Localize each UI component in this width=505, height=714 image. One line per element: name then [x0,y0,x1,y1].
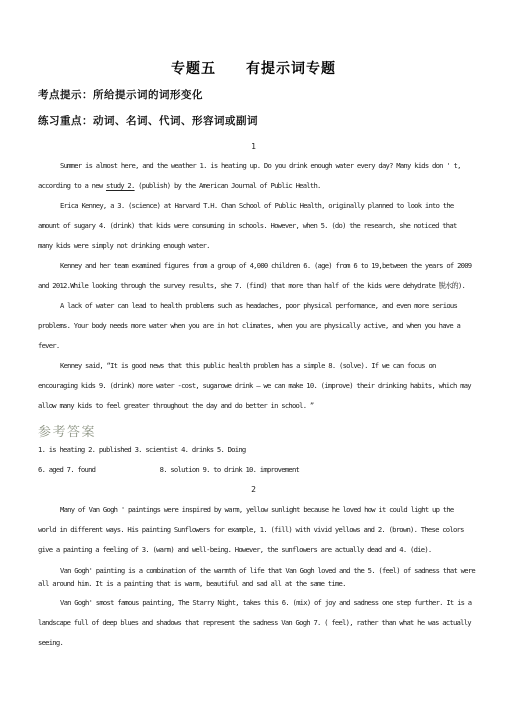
section1-number: 1 [38,140,469,154]
paragraph-starry-night: Van Gogh' smost famous painting, The Sta… [38,593,469,653]
text-line: Many of Van Gogh ' paintings were inspir… [38,500,469,520]
section2-number: 2 [38,480,469,500]
text-line: encouraging kids 9. (drink) more water -… [38,376,469,396]
doc-title: 专题五 有提示词专题 [38,60,469,76]
text-line: allow many kids to feel greater througho… [38,396,469,416]
text-line: seeing. [38,633,469,653]
text-segment: (publish) by the American Journal of Pub… [135,181,321,190]
worksheet-page: 专题五 有提示词专题 考点提示：所给提示词的词形变化 练习重点：动词、名词、代词… [0,0,505,714]
paragraph-van-gogh-combination: Van Gogh' painting is a combination of t… [38,564,469,590]
paragraph-erica-kenney: Erica Kenney, a 3. (science) at Harvard … [38,196,469,256]
text-line: Kenney and her team examined figures fro… [38,256,469,276]
text-segment: according to a new [38,181,106,190]
text-line: Kenney said, “It is good news that this … [38,356,469,376]
paragraph-van-gogh-sunlight: Many of Van Gogh ' paintings were inspir… [38,500,469,560]
paragraph-lack-of-water: A lack of water can lead to health probl… [38,296,469,356]
exam-points-line: 考点提示：所给提示词的词形变化 [38,89,469,102]
paragraph-survey: Kenney and her team examined figures fro… [38,256,469,296]
text-line: amount of sugary 4. (drink) that kids we… [38,216,469,236]
practice-points-line: 练习重点：动词、名词、代词、形容词或副词 [38,115,469,128]
text-line: and 2012.While looking through the surve… [38,276,469,296]
text-line: fever. [38,336,469,356]
text-line: many kids were simply not drinking enoug… [38,236,469,256]
text-line: Summer is almost here, and the weather 1… [38,156,469,176]
text-line: problems. Your body needs more water whe… [38,316,469,336]
paragraph-kenney-quote: Kenney said, “It is good news that this … [38,356,469,416]
answers-line: 1. is heating 2. published 3. scientist … [38,440,469,460]
text-line: A lack of water can lead to health probl… [38,296,469,316]
page-content: 专题五 有提示词专题 考点提示：所给提示词的词形变化 练习重点：动词、名词、代词… [0,0,505,653]
answers-heading: 参考答案 [38,424,469,440]
answers-line: 6. aged 7. found 8. solution 9. to drink… [38,460,469,480]
underlined-blank: study 2. [106,181,135,190]
text-line: Van Gogh' smost famous painting, The Sta… [38,593,469,613]
text-line: world in different ways. His painting Su… [38,520,469,540]
text-line: landscape full of deep blues and shadows… [38,613,469,633]
text-line: according to a new study 2. (publish) by… [38,176,469,196]
text-line: Erica Kenney, a 3. (science) at Harvard … [38,196,469,216]
paragraph-summer: Summer is almost here, and the weather 1… [38,156,469,196]
text-line: Van Gogh' painting is a combination of t… [38,564,469,577]
text-line: all around him. It is a painting that is… [38,577,469,590]
text-line: give a painting a feeling of 3. (warm) a… [38,540,469,560]
